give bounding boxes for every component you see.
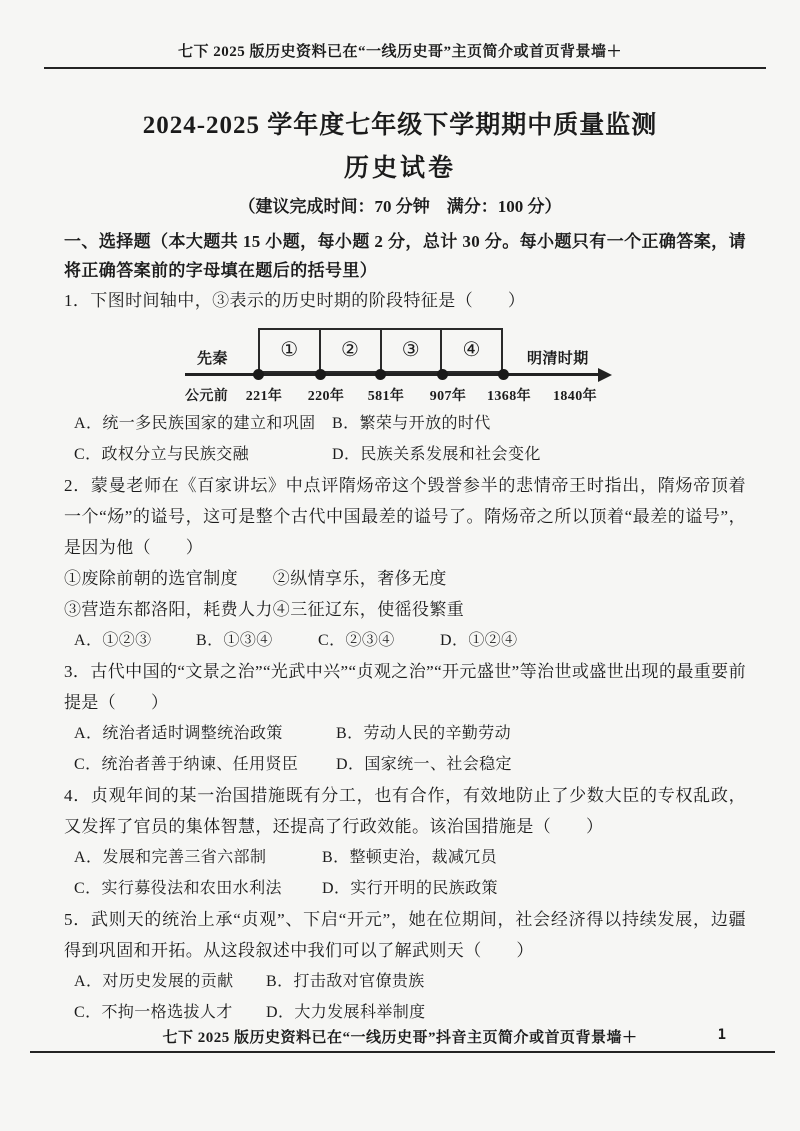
question-3-stem: 3．古代中国的“文景之治”“光武中兴”“贞观之治”“开元盛世”等治世或盛世出现的… xyxy=(64,656,746,718)
option-d: D．实行开明的民族政策 xyxy=(322,873,498,904)
question-1-options-row-1: A．统一多民族国家的建立和巩固 B．繁荣与开放的时代 xyxy=(64,408,746,439)
timeline-dot xyxy=(315,369,326,380)
timeline-era-left: 先秦 xyxy=(197,344,228,375)
timeline-tick-221: 221年 xyxy=(246,381,283,412)
footer-rule xyxy=(30,1051,775,1053)
timeline-dot xyxy=(375,369,386,380)
option-d: D．国家统一、社会稳定 xyxy=(336,749,512,780)
option-b: B．劳动人民的辛勤劳动 xyxy=(336,718,511,749)
question-5-options-row-1: A．对历史发展的贡献 B．打击敌对官僚贵族 xyxy=(64,966,746,997)
timeline-period-3: ③ xyxy=(382,330,443,371)
page-number: 1 xyxy=(718,1027,726,1043)
question-3-options-row-1: A．统治者适时调整统治政策 B．劳动人民的辛勤劳动 xyxy=(64,718,746,749)
option-b: B．整顿吏治，裁减冗员 xyxy=(322,842,497,873)
question-5-options-row-2: C．不拘一格选拔人才 D．大力发展科举制度 xyxy=(64,997,746,1028)
timeline-period-boxes: ① ② ③ ④ xyxy=(258,328,503,373)
question-2-stem: 2．蒙曼老师在《百家讲坛》中点评隋炀帝这个毁誉参半的悲情帝王时指出，隋炀帝顶着一… xyxy=(64,470,746,563)
exam-title: 2024-2025 学年度七年级下学期期中质量监测 xyxy=(0,105,800,141)
header-rule xyxy=(44,67,766,69)
question-1-options-row-2: C．政权分立与民族交融 D．民族关系发展和社会变化 xyxy=(64,439,746,470)
timeline-period-4: ④ xyxy=(442,330,501,371)
exam-body: 一、选择题（本大题共 15 小题，每小题 2 分，总计 30 分。每小题只有一个… xyxy=(64,227,746,1028)
timeline-dot xyxy=(253,369,264,380)
option-a: A．①②③ xyxy=(74,625,196,656)
option-c: C．统治者善于纳谏、任用贤臣 xyxy=(74,749,336,780)
question-4-stem: 4．贞观年间的某一治国措施既有分工，也有合作，有效地防止了少数大臣的专权乱政，又… xyxy=(64,780,746,842)
option-a: A．统一多民族国家的建立和巩固 xyxy=(74,408,332,439)
timeline-tick-220: 220年 xyxy=(308,381,345,412)
page-footer: 七下 2025 版历史资料已在“一线历史哥”抖音主页简介或首页背景墙＋ 1 xyxy=(0,1026,800,1053)
timeline-tick-1840: 1840年 xyxy=(553,381,597,412)
timeline-dot xyxy=(437,369,448,380)
timeline-tick-1368: 1368年 xyxy=(487,381,531,412)
timeline-figure: 先秦 明清时期 ① ② ③ ④ 公元前 221年 220年 581年 907年 … xyxy=(185,318,635,404)
question-5-stem: 5．武则天的统治上承“贞观”、下启“开元”，她在位期间，社会经济得以持续发展，边… xyxy=(64,904,746,966)
question-1-stem: 1．下图时间轴中，③表示的历史时期的阶段特征是（ ） xyxy=(64,285,746,316)
timeline-dot xyxy=(498,369,509,380)
option-c: C．不拘一格选拔人才 xyxy=(74,997,266,1028)
option-a: A．对历史发展的贡献 xyxy=(74,966,266,997)
option-d: D．①②④ xyxy=(440,625,518,656)
header-text: 七下 2025 版历史资料已在“一线历史哥”主页简介或首页背景墙＋ xyxy=(0,0,800,61)
timeline-period-1: ① xyxy=(260,330,321,371)
question-3-options-row-2: C．统治者善于纳谏、任用贤臣 D．国家统一、社会稳定 xyxy=(64,749,746,780)
timeline-axis-prefix: 公元前 xyxy=(185,381,228,412)
option-d: D．民族关系发展和社会变化 xyxy=(332,439,541,470)
option-c: C．政权分立与民族交融 xyxy=(74,439,332,470)
question-2-items: ①废除前朝的选官制度 ②纵情享乐，奢侈无度 ③营造东都洛阳，耗费人力④三征辽东，… xyxy=(64,563,746,625)
question-4-options-row-1: A．发展和完善三省六部制 B．整顿吏治，裁减冗员 xyxy=(64,842,746,873)
exam-subtitle: 历史试卷 xyxy=(0,148,800,184)
footer-text: 七下 2025 版历史资料已在“一线历史哥”抖音主页简介或首页背景墙＋ xyxy=(0,1026,800,1047)
timeline-arrowhead-icon xyxy=(598,368,612,382)
option-c: C．实行募役法和农田水利法 xyxy=(74,873,322,904)
timeline-axis xyxy=(185,373,601,376)
option-a: A．统治者适时调整统治政策 xyxy=(74,718,336,749)
question-2-item-line-2: ③营造东都洛阳，耗费人力④三征辽东，使徭役繁重 xyxy=(64,594,746,625)
option-b: B．繁荣与开放的时代 xyxy=(332,408,491,439)
page-header: 七下 2025 版历史资料已在“一线历史哥”主页简介或首页背景墙＋ xyxy=(0,0,800,69)
option-d: D．大力发展科举制度 xyxy=(266,997,426,1028)
option-a: A．发展和完善三省六部制 xyxy=(74,842,322,873)
exam-page: 七下 2025 版历史资料已在“一线历史哥”主页简介或首页背景墙＋ 2024-2… xyxy=(0,0,800,1131)
timeline-period-2: ② xyxy=(321,330,382,371)
option-b: B．①③④ xyxy=(196,625,318,656)
timeline-era-right: 明清时期 xyxy=(527,344,589,375)
exam-info-line: （建议完成时间：70 分钟 满分：100 分） xyxy=(0,192,800,217)
question-2-item-line-1: ①废除前朝的选官制度 ②纵情享乐，奢侈无度 xyxy=(64,563,746,594)
option-b: B．打击敌对官僚贵族 xyxy=(266,966,425,997)
option-c: C．②③④ xyxy=(318,625,440,656)
question-2-options-row: A．①②③ B．①③④ C．②③④ D．①②④ xyxy=(64,625,746,656)
question-4-options-row-2: C．实行募役法和农田水利法 D．实行开明的民族政策 xyxy=(64,873,746,904)
timeline-tick-907: 907年 xyxy=(430,381,467,412)
timeline-tick-581: 581年 xyxy=(368,381,405,412)
section-heading: 一、选择题（本大题共 15 小题，每小题 2 分，总计 30 分。每小题只有一个… xyxy=(64,227,746,285)
